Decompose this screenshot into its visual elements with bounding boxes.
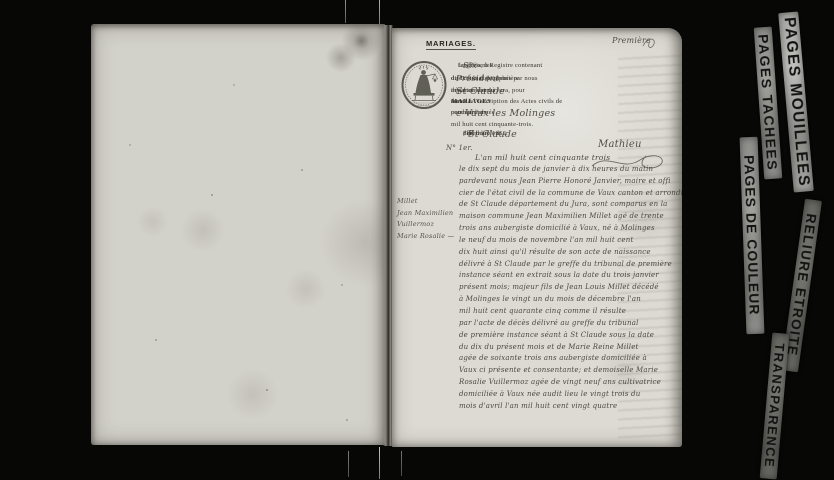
act-body-line: mois d'avril l'an mil huit cent vingt qu… [459, 401, 680, 413]
round-official-stamp-seated-figure-icon [400, 59, 448, 113]
act-body-line: du dix du présent mois et de Marie Reine… [459, 342, 680, 354]
act-number: N° 1er. [446, 144, 473, 152]
print-text: pendant l'année [451, 109, 495, 116]
margin-name: Millet [397, 196, 459, 208]
print-text: dans la [451, 98, 471, 105]
act-margin-names: MilletJean MaximilienVuillermozMarie Ros… [397, 196, 459, 242]
condition-label-pages-de-couleur: PAGES DE COULEUR [740, 137, 765, 335]
act-body-line: dix huit ainsi qu'il résulte de son acte… [459, 247, 680, 259]
act-body-line: à Molinges le vingt un du mois de décemb… [459, 294, 680, 306]
print-text: feuillets, les [458, 62, 493, 69]
act-body-text: L'an mil huit cent cinquante troisle dix… [459, 152, 680, 413]
act-body-line: instance séant en extrait sous la date d… [459, 270, 680, 282]
margin-name: Marie Rosalie — [397, 231, 459, 243]
press-cord [379, 0, 380, 27]
act-body-line: domiciliée à Vaux née audit lieu le ving… [459, 389, 680, 401]
act-body-line: trois ans aubergiste domicilié à Vaux, n… [459, 223, 680, 235]
press-cord [379, 447, 380, 479]
act-body-line: pardevant nous Jean Pierre Honoré Janvie… [459, 176, 680, 188]
margin-name: Jean Maximilien [397, 208, 459, 220]
print-text: décembre 1852. [463, 130, 508, 137]
act-body-line: mil huit cent quarante cinq comme il rés… [459, 306, 680, 318]
act-body-line: agée de soixante trois ans aubergiste do… [459, 353, 680, 365]
print-text: du Tribunal de première [451, 75, 519, 82]
press-cord [348, 451, 349, 477]
act-body-line: Vaux ci présente et consentante; et demo… [459, 365, 680, 377]
condition-label-transparence: TRANSPARENCE [760, 333, 790, 480]
press-cord [345, 0, 346, 23]
left-page-blank [91, 24, 385, 445]
condition-label-pages-mouillees: PAGES MOUILLEES [778, 11, 814, 192]
act-body-line: de première instance séant à St Claude s… [459, 330, 680, 342]
paper-specks [91, 24, 93, 26]
act-body-line: délivré à St Claude par le greffe du tri… [459, 259, 680, 271]
print-text: département du Jura, pour [451, 87, 525, 94]
act-body-line: maison commune Jean Maximilien Millet ag… [459, 211, 680, 223]
right-page-title: MARIAGES. Première [392, 28, 682, 447]
print-text: mil huit cent cinquante-trois. [451, 121, 533, 128]
act-body-line: par l'acte de décès délivré au greffe du… [459, 318, 680, 330]
act-body-line: présent mois; majeur fils de Jean Louis … [459, 282, 680, 294]
president-signature: Mathieu [598, 139, 642, 150]
margin-name: Vuillermoz [397, 219, 459, 231]
scanned-register-spread: MARIAGES. Première [0, 0, 834, 480]
press-cord [401, 451, 402, 476]
act-body-line: cier de l'état civil de la commune de Va… [459, 188, 680, 200]
act-body-line: Rosalie Vuillermoz agée de vingt neuf an… [459, 377, 680, 389]
act-body-line: le neuf du mois de novembre l'an mil hui… [459, 235, 680, 247]
act-body-line: le dix sept du mois de janvier à dix heu… [459, 164, 680, 176]
section-header: MARIAGES. [426, 39, 476, 50]
act-body-line: de St Claude département du Jura, sont c… [459, 199, 680, 211]
act-body-line: L'an mil huit cent cinquante trois [459, 152, 680, 164]
folio-note: Première [612, 36, 651, 45]
